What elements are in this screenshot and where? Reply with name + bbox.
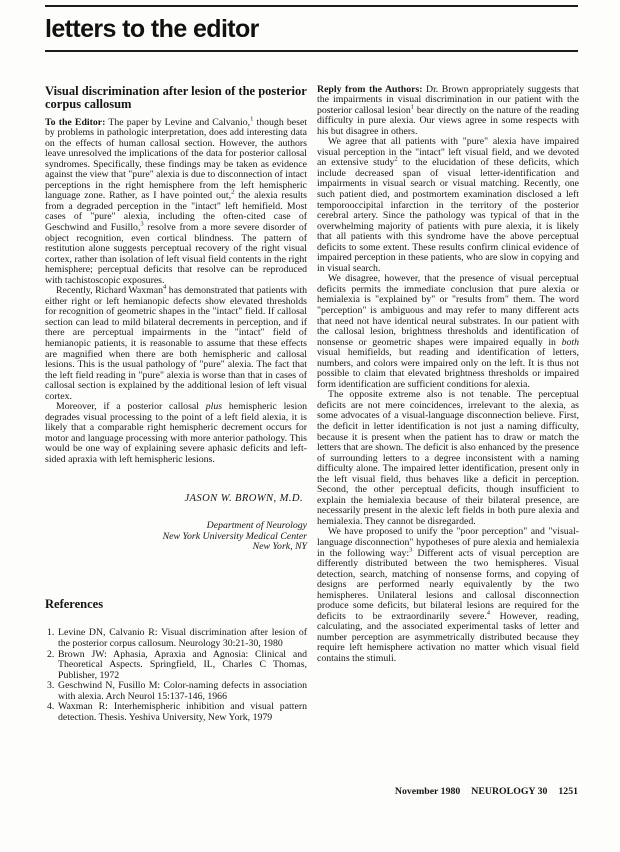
top-rule: [45, 5, 578, 7]
page-footer: November 1980 NEUROLOGY 30 1251: [395, 786, 578, 797]
reference-text: Geschwind N, Fusillo M: Color-naming def…: [58, 681, 307, 702]
letter-paragraph: Moreover, if a posterior callosal plus h…: [45, 402, 307, 465]
section-masthead: letters to the editor: [45, 16, 578, 44]
masthead-rule: [45, 50, 578, 52]
reply-paragraph: Reply from the Authors: Dr. Brown approp…: [317, 85, 579, 138]
two-column-body: Visual discrimination after lesion of th…: [45, 85, 578, 724]
reference-item: 4. Waxman R: Interhemispheric inhibition…: [45, 702, 307, 723]
reference-text: Brown JW: Aphasia, Apraxia and Agnosia: …: [58, 650, 307, 682]
author-address: Department of Neurology New York Univers…: [45, 521, 307, 553]
reference-number: 3.: [45, 681, 58, 702]
reference-number: 4.: [45, 702, 58, 723]
references-list: 1. Levine DN, Calvanio R: Visual discrim…: [45, 628, 307, 723]
page-content: letters to the editor Visual discriminat…: [0, 0, 620, 723]
right-column: Reply from the Authors: Dr. Brown approp…: [317, 85, 579, 724]
reference-text: Waxman R: Interhemispheric inhibition an…: [58, 702, 307, 723]
letter-title: Visual discrimination after lesion of th…: [45, 85, 307, 112]
address-line: New York, NY: [45, 542, 307, 553]
reply-paragraph: We disagree, however, that the presence …: [317, 274, 579, 390]
footer-journal-name: NEUROLOGY 30: [471, 786, 547, 797]
reply-paragraph: We have proposed to unify the "poor perc…: [317, 527, 579, 664]
reference-number: 2.: [45, 650, 58, 682]
letter-paragraph: To the Editor: The paper by Levine and C…: [45, 118, 307, 287]
footer-page-number: 1251: [558, 786, 578, 797]
reference-number: 1.: [45, 628, 58, 649]
footer-issue-date: November 1980: [395, 786, 460, 797]
reference-text: Levine DN, Calvanio R: Visual discrimina…: [58, 628, 307, 649]
reply-paragraph: We agree that all patients with "pure" a…: [317, 137, 579, 274]
reply-paragraph: The opposite extreme also is not tenable…: [317, 390, 579, 527]
reference-item: 2. Brown JW: Aphasia, Apraxia and Agnosi…: [45, 650, 307, 682]
journal-page: letters to the editor Visual discriminat…: [0, 0, 620, 852]
reference-item: 1. Levine DN, Calvanio R: Visual discrim…: [45, 628, 307, 649]
letter-paragraph: Recently, Richard Waxman4 has demonstrat…: [45, 286, 307, 402]
reference-item: 3. Geschwind N, Fusillo M: Color-naming …: [45, 681, 307, 702]
left-column: Visual discrimination after lesion of th…: [45, 85, 307, 724]
references-heading: References: [45, 599, 307, 610]
author-signature: JASON W. BROWN, M.D.: [45, 494, 307, 505]
